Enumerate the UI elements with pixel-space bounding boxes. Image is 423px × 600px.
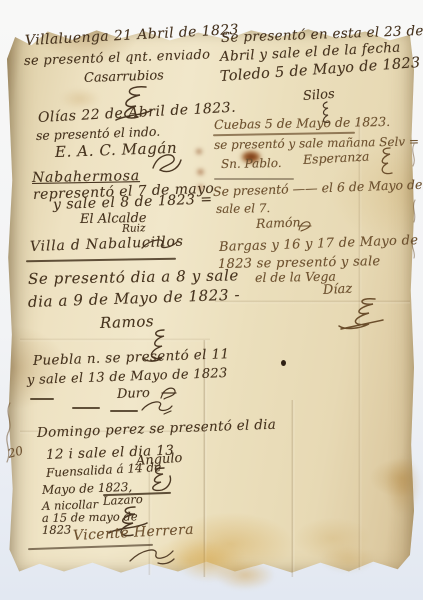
entry-navalucillos-line: Se presentó dia a 8 y sale bbox=[28, 268, 239, 287]
rubric-flourish bbox=[150, 150, 184, 176]
ink-dash bbox=[30, 398, 54, 400]
yellow-stain bbox=[320, 545, 375, 573]
ink-dash bbox=[72, 407, 100, 409]
scanned-document: Villaluenga 21 Abril de 1823 se presentó… bbox=[0, 0, 423, 600]
small-stain bbox=[195, 148, 203, 155]
rubric-flourish bbox=[315, 100, 335, 126]
signature-casarrubios: Casarrubios bbox=[84, 69, 164, 85]
rubric-flourish bbox=[372, 146, 398, 180]
edge-pen-mark bbox=[2, 400, 16, 470]
rubric-flourish bbox=[335, 296, 389, 332]
entry-cuebas-heading: Cuebas 5 de Mayo de 1823. bbox=[214, 116, 390, 132]
ink-dash bbox=[110, 410, 138, 412]
entry-cuebas-line: Sn. Pablo. bbox=[221, 157, 282, 170]
edge-stain bbox=[385, 455, 421, 515]
edge-pen-mark bbox=[408, 140, 420, 260]
horizontal-crease bbox=[20, 338, 210, 342]
signature-diaz: Díaz bbox=[323, 282, 353, 297]
ink-rule bbox=[214, 178, 294, 180]
ink-speck bbox=[281, 360, 286, 366]
entry-navahermosa-heading: Nabahermosa bbox=[32, 169, 140, 185]
rubric-flourish bbox=[296, 218, 314, 234]
yellow-stain bbox=[215, 560, 275, 590]
small-stain bbox=[196, 168, 205, 176]
entry-cuebas-line: sale el 7. bbox=[216, 202, 270, 215]
signature-ramon: Ramón bbox=[256, 216, 301, 230]
signature-ruiz: Ruiz bbox=[122, 223, 146, 234]
rubric-flourish bbox=[128, 543, 176, 569]
rubric-flourish bbox=[140, 398, 174, 416]
rubric-flourish bbox=[140, 236, 180, 254]
vertical-crease bbox=[291, 400, 295, 577]
entry-nicollar-line: 1823 bbox=[42, 524, 71, 536]
